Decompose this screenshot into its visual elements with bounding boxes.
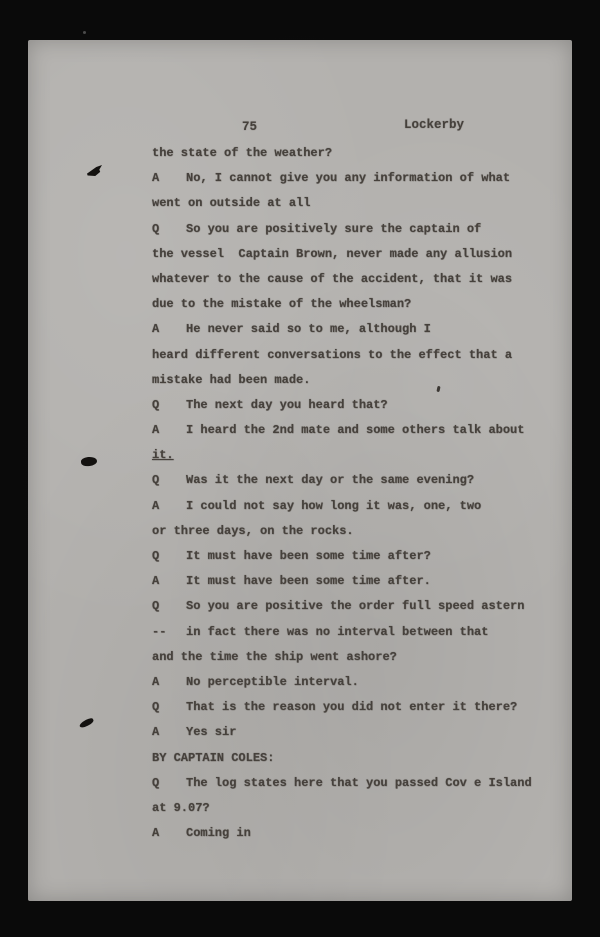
page-number: 75 <box>242 120 257 134</box>
qa-prefix: Q <box>152 594 186 619</box>
transcript-text: It must have been some time after? <box>186 549 431 563</box>
qa-prefix: A <box>152 418 186 443</box>
paper-sheet: 75 Lockerby the state of the weather?ANo… <box>28 40 572 901</box>
ink-wedge-mark-icon <box>87 165 102 176</box>
transcript-line: ANo, I cannot give you any information o… <box>152 166 567 191</box>
transcript-text: So you are positively sure the captain o… <box>186 222 481 236</box>
transcript-line: QIt must have been some time after? <box>152 544 567 569</box>
transcript-text: No perceptible interval. <box>186 675 359 689</box>
ink-blot-mark-icon <box>81 456 98 467</box>
transcript-text: So you are positive the order full speed… <box>186 599 524 613</box>
qa-prefix: Q <box>152 217 186 242</box>
transcript-line: QWas it the next day or the same evening… <box>152 468 567 493</box>
transcript-text: or three days, on the rocks. <box>152 524 354 538</box>
transcript-text: and the time the ship went ashore? <box>152 650 397 664</box>
qa-prefix: A <box>152 821 186 846</box>
transcript-text: at 9.07? <box>152 801 210 815</box>
qa-prefix: A <box>152 720 186 745</box>
transcript-line: AYes sir <box>152 720 567 745</box>
transcript-line: AHe never said so to me, although I <box>152 317 567 342</box>
transcript-text: I heard the 2nd mate and some others tal… <box>186 423 524 437</box>
transcript-line: mistake had been made. <box>152 368 567 393</box>
transcript-line: QThe next day you heard that? <box>152 393 567 418</box>
transcript-text: due to the mistake of the wheelsman? <box>152 297 411 311</box>
transcript-line: QSo you are positively sure the captain … <box>152 217 567 242</box>
qa-prefix: A <box>152 166 186 191</box>
transcript-text: BY CAPTAIN COLES: <box>152 751 274 765</box>
transcript-line: AComing in <box>152 821 567 846</box>
qa-prefix: Q <box>152 544 186 569</box>
transcript-line: the state of the weather? <box>152 141 567 166</box>
transcript-line: whatever to the cause of the accident, t… <box>152 267 567 292</box>
transcript-text: It must have been some time after. <box>186 574 431 588</box>
witness-name: Lockerby <box>404 118 464 132</box>
transcript-text: in fact there was no interval between th… <box>186 625 488 639</box>
transcript-line: BY CAPTAIN COLES: <box>152 746 567 771</box>
qa-prefix: A <box>152 317 186 342</box>
transcript-text: Was it the next day or the same evening? <box>186 473 474 487</box>
transcript-body: the state of the weather?ANo, I cannot g… <box>152 141 567 846</box>
transcript-line: QThat is the reason you did not enter it… <box>152 695 567 720</box>
transcript-text: whatever to the cause of the accident, t… <box>152 272 512 286</box>
transcript-line: it. <box>152 443 567 468</box>
transcript-text: it. <box>152 448 174 462</box>
scan-dust-speck <box>83 31 86 34</box>
transcript-line: or three days, on the rocks. <box>152 519 567 544</box>
transcript-text: the state of the weather? <box>152 146 332 160</box>
transcript-line: at 9.07? <box>152 796 567 821</box>
qa-prefix: Q <box>152 771 186 796</box>
qa-prefix: Q <box>152 468 186 493</box>
qa-prefix: Q <box>152 393 186 418</box>
transcript-line: QSo you are positive the order full spee… <box>152 594 567 619</box>
scanned-page-background: 75 Lockerby the state of the weather?ANo… <box>0 0 600 937</box>
transcript-text: The log states here that you passed Cov … <box>186 776 532 790</box>
transcript-text: went on outside at all <box>152 196 310 210</box>
transcript-line: heard different conversations to the eff… <box>152 343 567 368</box>
qa-prefix: -- <box>152 620 186 645</box>
qa-prefix: A <box>152 494 186 519</box>
qa-prefix: A <box>152 670 186 695</box>
transcript-line: AI could not say how long it was, one, t… <box>152 494 567 519</box>
qa-prefix: A <box>152 569 186 594</box>
transcript-line: went on outside at all <box>152 191 567 216</box>
transcript-text: I could not say how long it was, one, tw… <box>186 499 481 513</box>
transcript-text: The next day you heard that? <box>186 398 388 412</box>
transcript-line: due to the mistake of the wheelsman? <box>152 292 567 317</box>
transcript-text: Coming in <box>186 826 251 840</box>
transcript-line: and the time the ship went ashore? <box>152 645 567 670</box>
transcript-text: Yes sir <box>186 725 236 739</box>
transcript-line: the vessel Captain Brown, never made any… <box>152 242 567 267</box>
transcript-text: That is the reason you did not enter it … <box>186 700 517 714</box>
transcript-line: AIt must have been some time after. <box>152 569 567 594</box>
transcript-line: ANo perceptible interval. <box>152 670 567 695</box>
transcript-line: --in fact there was no interval between … <box>152 620 567 645</box>
transcript-line: AI heard the 2nd mate and some others ta… <box>152 418 567 443</box>
qa-prefix: Q <box>152 695 186 720</box>
ink-dash-mark-icon <box>78 717 94 729</box>
transcript-text: the vessel Captain Brown, never made any… <box>152 247 512 261</box>
transcript-text: No, I cannot give you any information of… <box>186 171 510 185</box>
transcript-text: He never said so to me, although I <box>186 322 431 336</box>
transcript-line: QThe log states here that you passed Cov… <box>152 771 567 796</box>
transcript-text: heard different conversations to the eff… <box>152 348 512 362</box>
transcript-text: mistake had been made. <box>152 373 310 387</box>
